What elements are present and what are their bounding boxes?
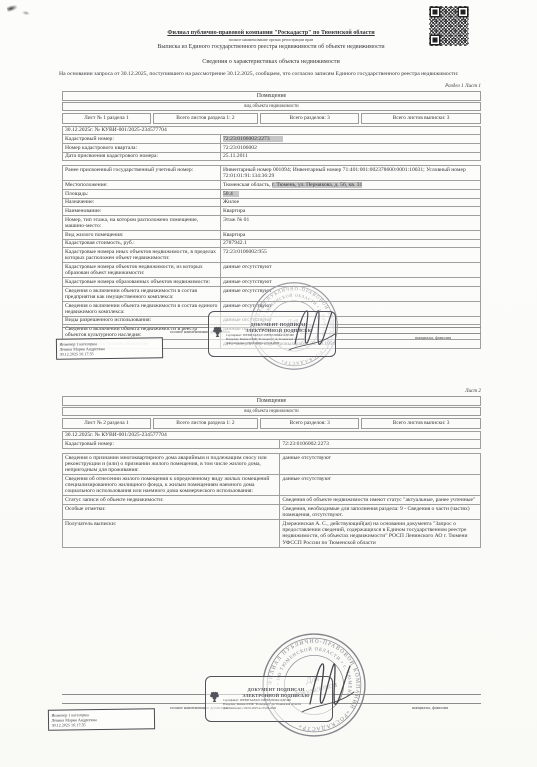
document-header: Филиал публично-правовой компании "Роска… (59, 30, 483, 78)
sheet-cell: Всего листов выписки: 3 (361, 418, 481, 429)
row-value: 72:23:0106002 (221, 143, 481, 152)
row-label: Сведения об отнесении жилого помещения к… (63, 475, 280, 496)
row-value: 72:23:0106002:2273 (280, 440, 481, 449)
row-label: Номер кадастрового квартала: (63, 143, 221, 152)
table-row: Назначение:Жилое (63, 198, 481, 207)
row-value: данные отсутствуют (221, 263, 481, 278)
section-sheet-ref: Раздел 1 Лист 1 (380, 83, 481, 89)
sheet-cell: Лист № 1 раздела 1 (62, 113, 151, 124)
row-label: Виды разрешенного использования: (63, 316, 221, 325)
name-caption: инициалы, фамилия (385, 705, 475, 710)
object-kind: Помещение (62, 91, 481, 101)
coat-of-arms-icon (209, 690, 220, 708)
highlighted-value: г. Тюмень, ул. Пермякова, д. 56, кв. 31 (272, 182, 362, 188)
row-label: Дата присвоения кадастрового номера: (63, 152, 221, 161)
row-value: Этаж № 01 (221, 215, 481, 230)
scan-smudge (6, 3, 18, 12)
row-label: Ранее присвоенный государственный учетны… (63, 166, 221, 181)
handwritten-signature (283, 300, 339, 359)
table-row: Дата присвоения кадастрового номера:25.1… (63, 152, 481, 161)
table-row: Номер кадастрового квартала:72:23:010600… (63, 143, 481, 152)
row-value: 72:23:0106002:955 (221, 248, 481, 263)
highlighted-value: 50.4 (223, 191, 239, 197)
row-value: 25.11.2011 (221, 152, 481, 161)
org-caption: полное наименование органа регистрации п… (59, 37, 483, 42)
row-value: Сведения, необходимые для заполнения раз… (280, 505, 481, 520)
sheet-cell: Всего листов выписки: 3 (361, 113, 481, 124)
table-row: Кадастровый номер:72:23:0106002:2273 (63, 135, 481, 144)
section-title: Сведения о характеристиках объекта недви… (59, 58, 483, 65)
row-label: Местоположение: (63, 181, 221, 190)
name-caption: инициалы, фамилия (388, 335, 478, 340)
object-status-table: Сведения о признании многоквартирного до… (62, 453, 481, 548)
row-label: Особые отметки: (63, 505, 280, 520)
object-kind: Помещение (62, 396, 481, 406)
sheet2-tables: Помещение вид объекта недвижимости Лист … (62, 396, 481, 548)
sheet-cells-row: Лист № 1 раздела 1Всего листов раздела 1… (62, 113, 481, 124)
row-value: 50.4 (221, 189, 481, 198)
row-label: Площадь: (63, 189, 221, 198)
coat-of-arms-icon (212, 325, 223, 343)
row-label: Кадастровый номер: (63, 440, 280, 449)
sheet-cell: Всего разделов: 3 (260, 113, 359, 124)
table-row: Особые отметки:Сведения, необходимые для… (63, 505, 481, 520)
highlighted-value: 72:23:0106002:2273 (223, 136, 283, 142)
table-row: Сведения об отнесении жилого помещения к… (63, 475, 481, 496)
row-value: Жилое (221, 198, 481, 207)
table-row: Наименование:Квартира (63, 207, 481, 216)
table-row: Кадастровый номер:72:23:0106002:2273 (63, 440, 481, 449)
cadastral-id-table: 30.12.2025г. № КУВИ-001/2025-234577704 К… (62, 431, 481, 449)
row-label: Назначение: (63, 198, 221, 207)
row-label: Номер, тип этажа, на котором расположено… (63, 215, 221, 230)
table-row: Местоположение:Тюменская область, г. Тюм… (63, 181, 481, 190)
object-kind-caption: вид объекта недвижимости (62, 102, 481, 111)
row-label: Кадастровый номер: (63, 135, 221, 144)
row-value: данные отсутствуют (280, 453, 481, 474)
row-value: Инвентарный номер 001094; Инвентарный но… (221, 166, 481, 181)
egrn-extract-scan: Филиал публично-правовой компании "Роска… (0, 0, 537, 767)
org-name: Филиал публично-правовой компании "Роска… (59, 30, 483, 37)
row-value: данные отсутствуют (280, 475, 481, 496)
table-row: Кадастровая стоимость, руб.:2787942.1 (63, 239, 481, 248)
table-row: Вид жилого помещения:Квартира (63, 230, 481, 239)
row-label: Кадастровые номера образованных объектов… (63, 278, 221, 287)
sheet-cell: Всего разделов: 3 (260, 418, 359, 429)
table-row: 30.12.2025г. № КУВИ-001/2025-234577704 (63, 431, 481, 440)
table-row: Сведения о признании многоквартирного до… (63, 453, 481, 474)
sheet-cell: Всего листов раздела 1: 2 (153, 418, 258, 429)
row-value: Тюменская область, г. Тюмень, ул. Пермяк… (221, 181, 481, 190)
row-label: Статус записи об объекте недвижимости: (63, 496, 280, 505)
row-label: Кадастровые номера объектов недвижимости… (63, 263, 221, 278)
cadastral-id-table: 30.12.2025г. № КУВИ-001/2025-234577704 К… (62, 126, 481, 162)
scan-smudge (22, 10, 31, 15)
row-label: Вид жилого помещения: (63, 230, 221, 239)
sheet-cells-row: Лист № 2 раздела 1Всего листов раздела 1… (62, 418, 481, 429)
table-row: Получатель выписки:Дзержинская А. С., де… (63, 520, 481, 548)
row-label: Получатель выписки: (63, 520, 280, 548)
row-value: 2787942.1 (221, 239, 481, 248)
row-value: 72:23:0106002:2273 (221, 135, 481, 144)
sheet2-ref: Лист 2 (380, 388, 481, 394)
signer-datetime: 30.12.2025 16:17:35 (60, 350, 160, 357)
row-label: Кадастровая стоимость, руб.: (63, 239, 221, 248)
request-number: 30.12.2025г. № КУВИ-001/2025-234577704 (63, 431, 481, 440)
row-value: Сведения об объекте недвижимости имеют с… (280, 496, 481, 505)
row-value: Квартира (221, 230, 481, 239)
table-row: Ранее присвоенный государственный учетны… (63, 166, 481, 181)
basis-line: На основании запроса от 30.12.2025, пост… (59, 71, 483, 78)
handwritten-signature (296, 652, 358, 721)
signer-stamp-box: Инженер 1 категории Левина Мария Андреев… (48, 708, 155, 730)
table-row: Статус записи об объекте недвижимости:Св… (63, 496, 481, 505)
request-number: 30.12.2025г. № КУВИ-001/2025-234577704 (63, 126, 481, 135)
sheet-cell: Всего листов раздела 1: 2 (153, 113, 258, 124)
row-value: Дзержинская А. С., действующий(ая) на ос… (280, 520, 481, 548)
row-label: Сведения о включении объекта недвижимост… (63, 286, 221, 301)
signer-stamp-box: Инженер 1 категории Левина Мария Андреев… (56, 337, 163, 359)
object-kind-caption: вид объекта недвижимости (62, 407, 481, 416)
row-label: Наименование: (63, 207, 221, 216)
table-row: Номер, тип этажа, на котором расположено… (63, 215, 481, 230)
signer-datetime: 30.12.2025 16:17:35 (52, 721, 152, 728)
table-row: Площадь:50.4 (63, 189, 481, 198)
table-row: Кадастровые номера объектов недвижимости… (63, 263, 481, 278)
sheet-cell: Лист № 2 раздела 1 (62, 418, 151, 429)
row-label: Сведения о включении объекта недвижимост… (63, 301, 221, 316)
table-row: Кадастровые номера иных объектов недвижи… (63, 248, 481, 263)
row-value: Квартира (221, 207, 481, 216)
table-row: 30.12.2025г. № КУВИ-001/2025-234577704 (63, 126, 481, 135)
document-title: Выписка из Единого государственного реес… (59, 44, 483, 51)
row-label: Сведения о признании многоквартирного до… (63, 453, 280, 474)
row-label: Кадастровые номера иных объектов недвижи… (63, 248, 221, 263)
